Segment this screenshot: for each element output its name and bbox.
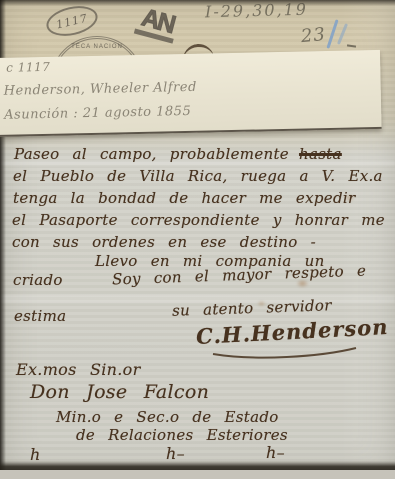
page-number-annotation: 23 xyxy=(300,24,327,47)
letter-line-7: criado xyxy=(13,271,63,289)
letter-line-1-text: Paseo al campo, probablemente xyxy=(14,145,289,163)
document-scan: 1117 TECA NACION AN I-29,30,19 23 c 1117… xyxy=(0,0,395,479)
round-stamp-text: TECA NACION xyxy=(53,44,141,50)
pencil-dash-mark xyxy=(347,44,356,47)
catalog-label: c 1117 Henderson, Wheeler Alfred Asunció… xyxy=(0,50,382,137)
struck-word: hasta xyxy=(299,145,342,163)
address-recipient-name: Don Jose Falcon xyxy=(30,381,209,403)
label-title: Henderson, Wheeler Alfred xyxy=(4,80,197,99)
letter-line-5: con sus ordenes en ese destino - xyxy=(12,233,316,251)
archive-monogram-stamp: AN xyxy=(134,4,180,43)
address-honorific: Ex.mos Sin.or xyxy=(16,360,141,379)
letter-line-3: tenga la bondad de hacer me expedir xyxy=(13,189,355,207)
letter-line-4: el Pasaporte correspondiente y honrar me xyxy=(12,211,385,229)
letter-closing-line-2: estima xyxy=(14,307,66,325)
address-recipient-title: Min.o e Sec.o de Estado xyxy=(56,408,279,426)
address-recipient-department: de Relaciones Esteriores xyxy=(76,426,288,444)
paraph-mark: h xyxy=(30,445,41,464)
oval-number-stamp: 1117 xyxy=(44,2,101,41)
label-place-date: Asunción : 21 agosto 1855 xyxy=(4,104,191,123)
paraph-mark: h– xyxy=(266,443,285,462)
letter-line-1: Paseo al campo, probablementehasta xyxy=(14,145,342,163)
label-catalog-number: c 1117 xyxy=(6,60,50,75)
scan-background-strip xyxy=(0,470,395,479)
letter-line-2: el Pueblo de Villa Rica, ruega a V. Ex.a xyxy=(13,167,383,185)
paraph-mark: h– xyxy=(166,444,185,463)
oval-stamp-number: 1117 xyxy=(55,11,89,31)
blue-crayon-mark xyxy=(337,23,348,45)
scan-edge-shadow-top xyxy=(0,0,395,6)
blue-crayon-mark xyxy=(326,19,338,48)
